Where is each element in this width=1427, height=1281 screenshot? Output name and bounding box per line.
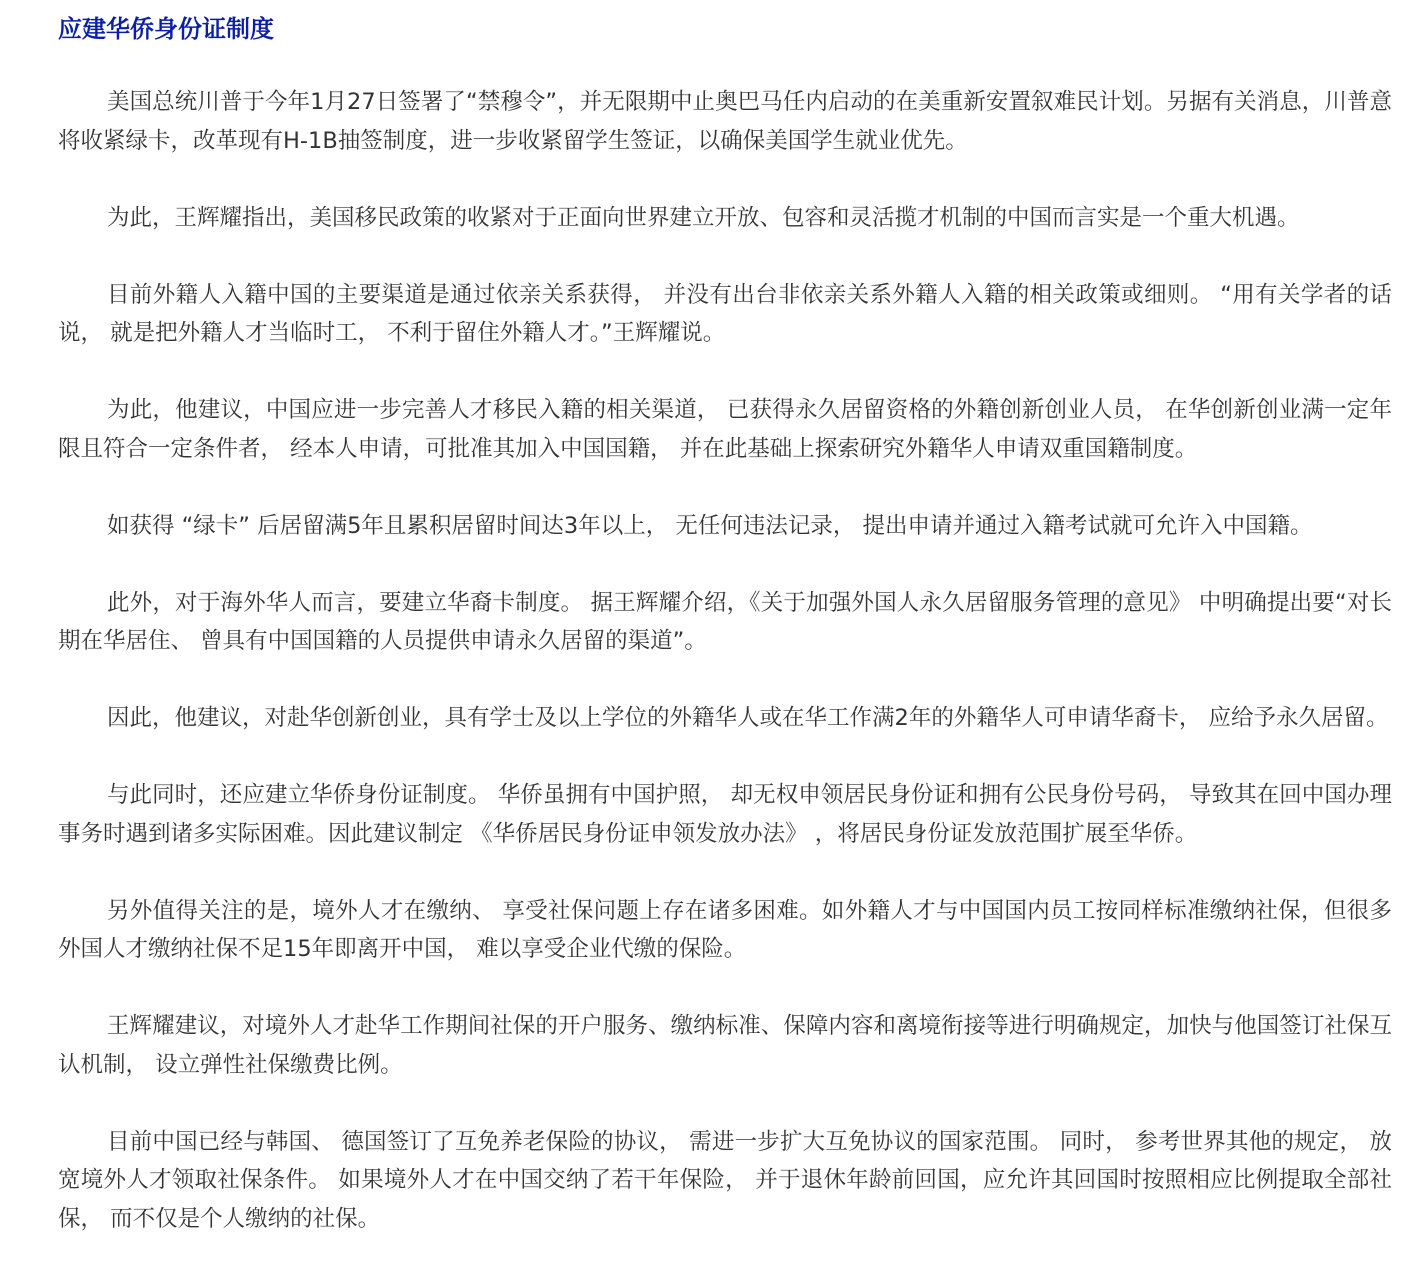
paragraph-7: 因此，他建议，对赴华创新创业，具有学士及以上学位的外籍华人或在华工作满2年的外籍… <box>58 699 1392 738</box>
article: 应建华侨身份证制度 美国总统川普于今年1月27日签署了“禁穆令”，并无限期中止奥… <box>58 0 1392 1277</box>
paragraph-11: 目前中国已经与韩国、 德国签订了互免养老保险的协议， 需进一步扩大互免协议的国家… <box>58 1123 1392 1239</box>
paragraph-5: 如获得 “绿卡” 后居留满5年且累积居留时间达3年以上， 无任何违法记录， 提出… <box>58 507 1392 546</box>
paragraph-3: 目前外籍人入籍中国的主要渠道是通过依亲关系获得， 并没有出台非依亲关系外籍人入籍… <box>58 276 1392 353</box>
paragraph-2: 为此，王辉耀指出，美国移民政策的收紧对于正面向世界建立开放、包容和灵活揽才机制的… <box>58 199 1392 238</box>
paragraph-9: 另外值得关注的是，境外人才在缴纳、 享受社保问题上存在诸多困难。如外籍人才与中国… <box>58 892 1392 969</box>
article-title: 应建华侨身份证制度 <box>58 0 1392 47</box>
paragraph-4: 为此，他建议，中国应进一步完善人才移民入籍的相关渠道， 已获得永久居留资格的外籍… <box>58 391 1392 468</box>
paragraph-10: 王辉耀建议，对境外人才赴华工作期间社保的开户服务、缴纳标准、保障内容和离境衔接等… <box>58 1007 1392 1084</box>
paragraph-6: 此外，对于海外华人而言，要建立华裔卡制度。 据王辉耀介绍，《关于加强外国人永久居… <box>58 584 1392 661</box>
paragraph-8: 与此同时，还应建立华侨身份证制度。 华侨虽拥有中国护照， 却无权申领居民身份证和… <box>58 776 1392 853</box>
article-body: 美国总统川普于今年1月27日签署了“禁穆令”，并无限期中止奥巴马任内启动的在美重… <box>58 83 1392 1238</box>
paragraph-1: 美国总统川普于今年1月27日签署了“禁穆令”，并无限期中止奥巴马任内启动的在美重… <box>58 83 1392 160</box>
